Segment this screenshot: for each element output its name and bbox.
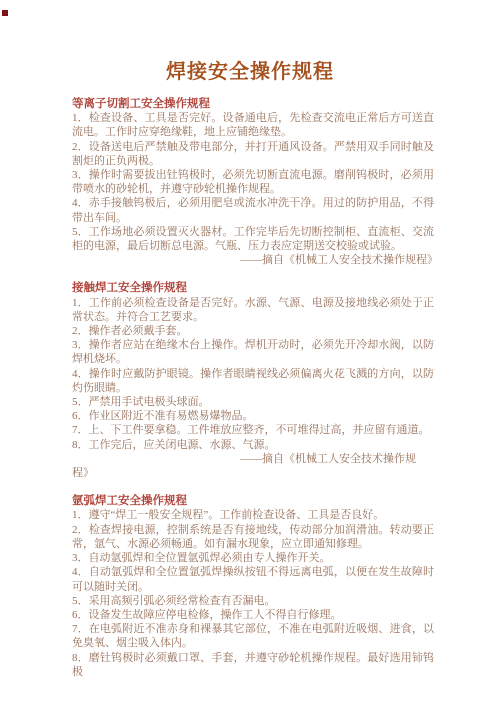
- regulation-item: 6．设备发生故障应停电检修，操作工人不得自行修理。: [72, 608, 434, 622]
- regulation-item: 1．检查设备、工具是否完好。设备通电后，先检查交流电正常后方可送直流电。工作时应…: [72, 111, 434, 139]
- regulation-item: 5．采用高频引弧必须经常检查有否漏电。: [72, 594, 434, 608]
- regulation-item: 1．工作前必须检查设备是否完好。水源、气源、电源及接地线必须处于正常状态。并符合…: [72, 296, 434, 324]
- regulation-item: 8．工作完后，应关闭电源、水源、气源。: [72, 438, 434, 452]
- regulation-item: 3．自动氩弧焊和全位置氩弧焊必须由专人操作开关。: [72, 551, 434, 565]
- section-contact-welding: 接触焊工安全操作规程 1．工作前必须检查设备是否完好。水源、气源、电源及接地线必…: [72, 281, 434, 480]
- regulation-item: 4．操作时应戴防护眼镜。操作者眼睛视线必须偏离火花飞溅的方向，以防灼伤眼睛。: [72, 367, 434, 395]
- regulation-item: 2．设备送电后严禁触及带电部分，并打开通风设备。严禁用双手同时触及割炬的正负两极…: [72, 140, 434, 168]
- regulation-item: 3．操作者应站在绝缘木台上操作。焊机开动时，必须先开冷却水阀，以防焊机烧坏。: [72, 338, 434, 366]
- section-heading: 接触焊工安全操作规程: [72, 281, 434, 295]
- section-plasma-cutting: 等离子切割工安全操作规程 1．检查设备、工具是否完好。设备通电后，先检查交流电正…: [72, 97, 434, 267]
- section-heading: 等离子切割工安全操作规程: [72, 97, 434, 111]
- regulation-item: 7．在电弧附近不准赤身和裸暴其它部位，不准在电弧附近吸烟、进食，以免臭氧、烟尘吸…: [72, 622, 434, 650]
- document-body: 等离子切割工安全操作规程 1．检查设备、工具是否完好。设备通电后，先检查交流电正…: [0, 97, 500, 679]
- attribution-line: ——摘自《机械工人安全技术操作规程》: [240, 253, 434, 267]
- regulation-item: 2．检查焊接电源，控制系统是否有接地线，传动部分加润滑油。转动要正常，氩气、水源…: [72, 523, 434, 551]
- regulation-item: 2．操作者必须戴手套。: [72, 324, 434, 338]
- regulation-item: 4．赤手接触钨极后，必须用肥皂或流水冲洗干净。用过的防护用品，不得带出车间。: [72, 196, 434, 224]
- regulation-item: 6．作业区附近不准有易燃易爆物品。: [72, 409, 434, 423]
- regulation-item: 5．严禁用手试电极头球面。: [72, 395, 434, 409]
- regulation-item: 8．磨钍钨极时必须戴口罩、手套，并遵守砂轮机操作规程。最好选用铈钨极: [72, 651, 434, 679]
- regulation-item: 5．工作场地必须设置灭火器材。工作完毕后先切断控制柜、直流柜、交流柜的电源，最后…: [72, 225, 434, 253]
- section-heading: 氩弧焊工安全操作规程: [72, 494, 434, 508]
- regulation-item: 3．操作时需要拔出钍钨极时，必须先切断直流电源。磨削钨极时，必须用带喷水的砂轮机…: [72, 168, 434, 196]
- regulation-item: 1．遵守“焊工一般安全规程”。工作前检查设备、工具是否良好。: [72, 508, 434, 522]
- document-page: 焊接安全操作规程 等离子切割工安全操作规程 1．检查设备、工具是否完好。设备通电…: [0, 0, 500, 707]
- page-title: 焊接安全操作规程: [0, 0, 500, 84]
- attribution-line-wrap: 程》: [72, 466, 434, 480]
- corner-mark: [2, 10, 8, 16]
- regulation-item: 4．自动氩弧焊和全位置氩弧焊操纵按钮不得远离电弧，以便在发生故障时可以随时关闭。: [72, 565, 434, 593]
- section-argon-arc-welding: 氩弧焊工安全操作规程 1．遵守“焊工一般安全规程”。工作前检查设备、工具是否良好…: [72, 494, 434, 679]
- regulation-item: 7．上、下工件要拿稳。工件堆放应整齐，不可堆得过高，并应留有通道。: [72, 423, 434, 437]
- attribution-line: ——摘自《机械工人安全技术操作规: [240, 452, 434, 466]
